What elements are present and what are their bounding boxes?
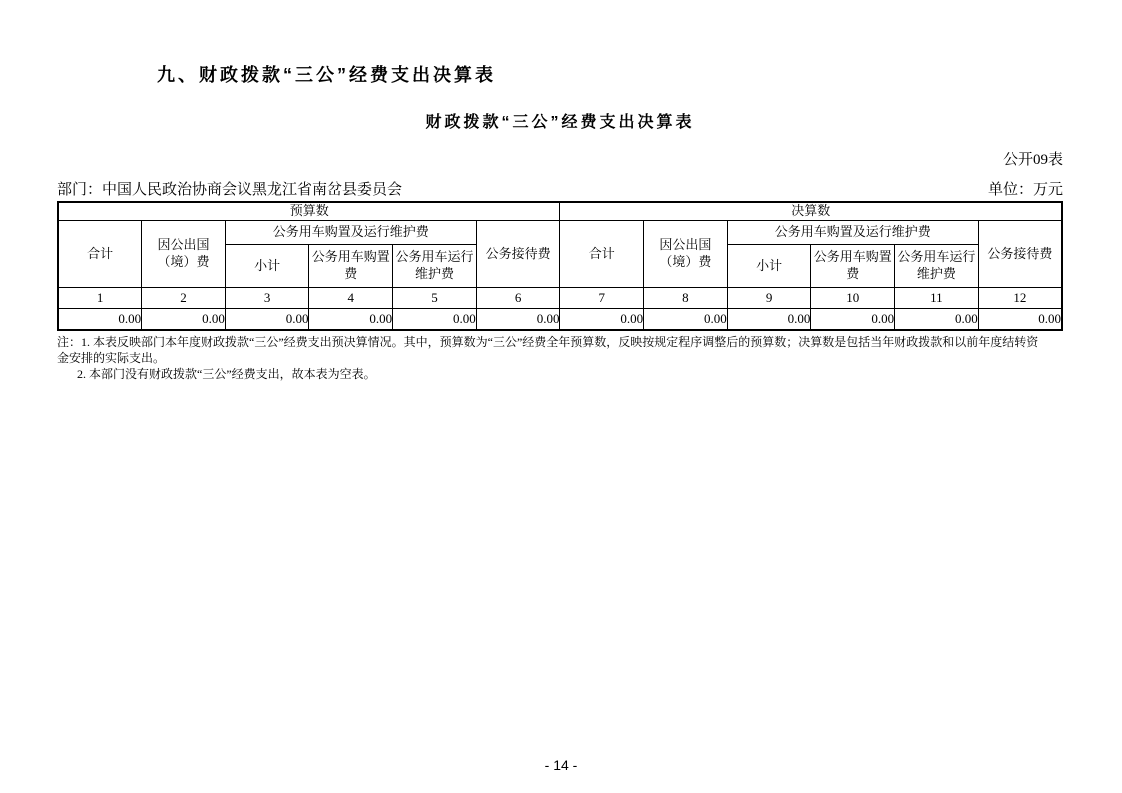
header-abroad-line2: （境）费 — [644, 254, 727, 271]
column-number-cell: 11 — [895, 288, 979, 309]
header-vehicle-purchase-line1: 公务用车购置 — [811, 249, 894, 266]
section-title: 九、财政拨款“三公”经费支出决算表 — [157, 61, 496, 87]
page-number: - 14 - — [0, 757, 1122, 773]
header-budget-vehicle-operation: 公务用车运行 维护费 — [393, 245, 477, 288]
value-cell: 0.00 — [560, 309, 644, 331]
header-vehicle-purchase-line1: 公务用车购置 — [309, 249, 392, 266]
form-code-label: 公开09表 — [1003, 148, 1063, 169]
header-vehicle-operation-line2: 维护费 — [393, 266, 476, 283]
value-cell: 0.00 — [58, 309, 142, 331]
value-cell: 0.00 — [727, 309, 811, 331]
header-abroad-line1: 因公出国 — [142, 237, 225, 254]
group-header-final: 决算数 — [560, 202, 1062, 221]
header-abroad-line1: 因公出国 — [644, 237, 727, 254]
header-abroad-line2: （境）费 — [142, 254, 225, 271]
note-line-2: 金安排的实际支出。 — [57, 350, 1067, 366]
column-number-row: 1 2 3 4 5 6 7 8 9 10 11 12 — [58, 288, 1062, 309]
header-final-reception-fee: 公务接待费 — [978, 221, 1062, 288]
column-number-cell: 8 — [644, 288, 728, 309]
header-vehicle-purchase-line2: 费 — [811, 266, 894, 283]
header-vehicle-operation-line1: 公务用车运行 — [393, 249, 476, 266]
table-notes: 注：1. 本表反映部门本年度财政拨款“三公”经费支出预决算情况。其中，预算数为“… — [57, 334, 1067, 382]
header-final-abroad-fee: 因公出国 （境）费 — [644, 221, 728, 288]
value-cell: 0.00 — [895, 309, 979, 331]
value-cell: 0.00 — [978, 309, 1062, 331]
column-number-cell: 7 — [560, 288, 644, 309]
header-final-vehicle-purchase: 公务用车购置 费 — [811, 245, 895, 288]
column-header-row-upper: 合计 因公出国 （境）费 公务用车购置及运行维护费 公务接待费 合计 因公出国 … — [58, 221, 1062, 245]
table-title: 财政拨款“三公”经费支出决算表 — [57, 109, 1063, 132]
department-label: 部门：中国人民政治协商会议黑龙江省南岔县委员会 — [57, 178, 402, 199]
group-header-budget: 预算数 — [58, 202, 560, 221]
column-number-cell: 3 — [225, 288, 309, 309]
column-number-cell: 1 — [58, 288, 142, 309]
group-header-row: 预算数 决算数 — [58, 202, 1062, 221]
unit-label: 单位：万元 — [988, 178, 1063, 199]
header-budget-vehicle-subtotal: 小计 — [225, 245, 309, 288]
note-line-1: 注：1. 本表反映部门本年度财政拨款“三公”经费支出预决算情况。其中，预算数为“… — [57, 334, 1067, 350]
header-final-vehicle-operation: 公务用车运行 维护费 — [895, 245, 979, 288]
column-number-cell: 5 — [393, 288, 477, 309]
header-vehicle-purchase-line2: 费 — [309, 266, 392, 283]
header-final-vehicle-subtotal: 小计 — [727, 245, 811, 288]
header-final-total: 合计 — [560, 221, 644, 288]
header-vehicle-operation-line2: 维护费 — [895, 266, 978, 283]
column-number-cell: 6 — [476, 288, 560, 309]
value-cell: 0.00 — [644, 309, 728, 331]
column-number-cell: 12 — [978, 288, 1062, 309]
value-cell: 0.00 — [225, 309, 309, 331]
header-budget-reception-fee: 公务接待费 — [476, 221, 560, 288]
value-row: 0.00 0.00 0.00 0.00 0.00 0.00 0.00 0.00 … — [58, 309, 1062, 331]
header-final-vehicle-group: 公务用车购置及运行维护费 — [727, 221, 978, 245]
column-number-cell: 2 — [142, 288, 226, 309]
table-meta-row: 部门：中国人民政治协商会议黑龙江省南岔县委员会 单位：万元 — [57, 178, 1063, 199]
value-cell: 0.00 — [393, 309, 477, 331]
column-number-cell: 10 — [811, 288, 895, 309]
value-cell: 0.00 — [476, 309, 560, 331]
sangong-expense-table: 预算数 决算数 合计 因公出国 （境）费 公务用车购置及运行维护费 公务接待费 … — [57, 201, 1063, 331]
column-number-cell: 9 — [727, 288, 811, 309]
note-line-3: 2. 本部门没有财政拨款“三公”经费支出，故本表为空表。 — [57, 366, 1067, 382]
value-cell: 0.00 — [811, 309, 895, 331]
header-budget-vehicle-group: 公务用车购置及运行维护费 — [225, 221, 476, 245]
header-budget-abroad-fee: 因公出国 （境）费 — [142, 221, 226, 288]
header-vehicle-operation-line1: 公务用车运行 — [895, 249, 978, 266]
value-cell: 0.00 — [309, 309, 393, 331]
value-cell: 0.00 — [142, 309, 226, 331]
header-budget-total: 合计 — [58, 221, 142, 288]
header-budget-vehicle-purchase: 公务用车购置 费 — [309, 245, 393, 288]
column-number-cell: 4 — [309, 288, 393, 309]
